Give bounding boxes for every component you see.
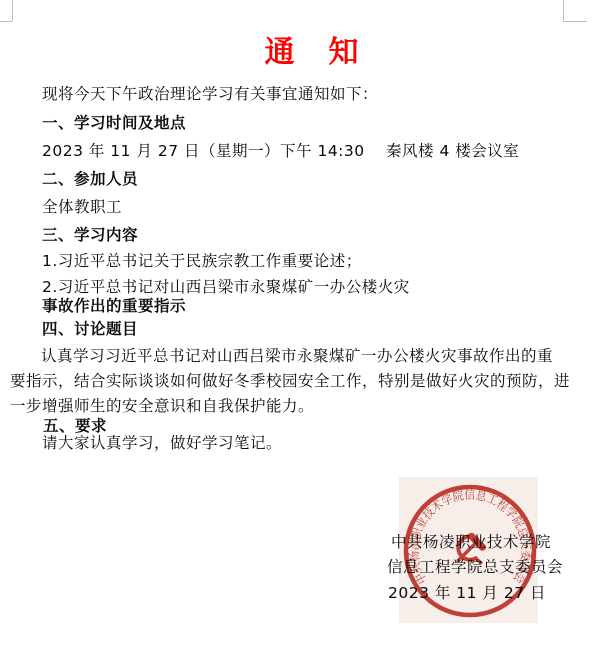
content-item-1: 1.习近平总书记关于民族宗教工作重要论述； bbox=[42, 252, 362, 271]
intro-line: 现将今天下午政治理论学习有关事宜通知如下： bbox=[42, 85, 378, 104]
heading-participants: 二、参加人员 bbox=[42, 170, 138, 189]
margin-crop-mark-topright-vertical bbox=[563, 0, 564, 21]
notice-document-page: { "colors": { "title_red": "#ff0000", "s… bbox=[0, 0, 603, 652]
requirements-line: 请大家认真学习，做好学习笔记。 bbox=[42, 434, 282, 453]
heading-time-place: 一、学习时间及地点 bbox=[42, 114, 186, 133]
time-place-line: 2023 年 11 月 27 日（星期一）下午 14:30 秦风楼 4 楼会议室 bbox=[42, 142, 519, 161]
participants-line: 全体教职工 bbox=[42, 198, 122, 217]
hammer-sickle-icon bbox=[458, 536, 482, 563]
discussion-line-3: 一步增强师生的安全意识和自我保护能力。 bbox=[10, 397, 314, 416]
official-seal-stamp: 中共杨凌职业技术学院信息工程学院总支委员会 bbox=[395, 476, 545, 626]
heading-content: 三、学习内容 bbox=[42, 226, 138, 245]
discussion-line-1: 认真学习习近平总书记对山西吕梁市永聚煤矿一办公楼火灾事故作出的重 bbox=[41, 347, 553, 366]
margin-crop-mark-topleft-vertical bbox=[12, 0, 13, 21]
margin-crop-mark-topright-horizontal bbox=[563, 21, 587, 22]
margin-crop-mark-topleft-horizontal bbox=[0, 21, 12, 22]
heading-discussion: 四、讨论题目 bbox=[42, 320, 138, 339]
content-item-2-cont: 事故作出的重要指示 bbox=[42, 297, 186, 316]
content-item-2: 2.习近平总书记对山西吕梁市永聚煤矿一办公楼火灾 bbox=[42, 278, 410, 297]
notice-title: 通 知 bbox=[11, 27, 603, 71]
discussion-line-2: 要指示，结合实际谈谈如何做好冬季校园安全工作，特别是做好火灾的预防，进 bbox=[10, 372, 570, 391]
